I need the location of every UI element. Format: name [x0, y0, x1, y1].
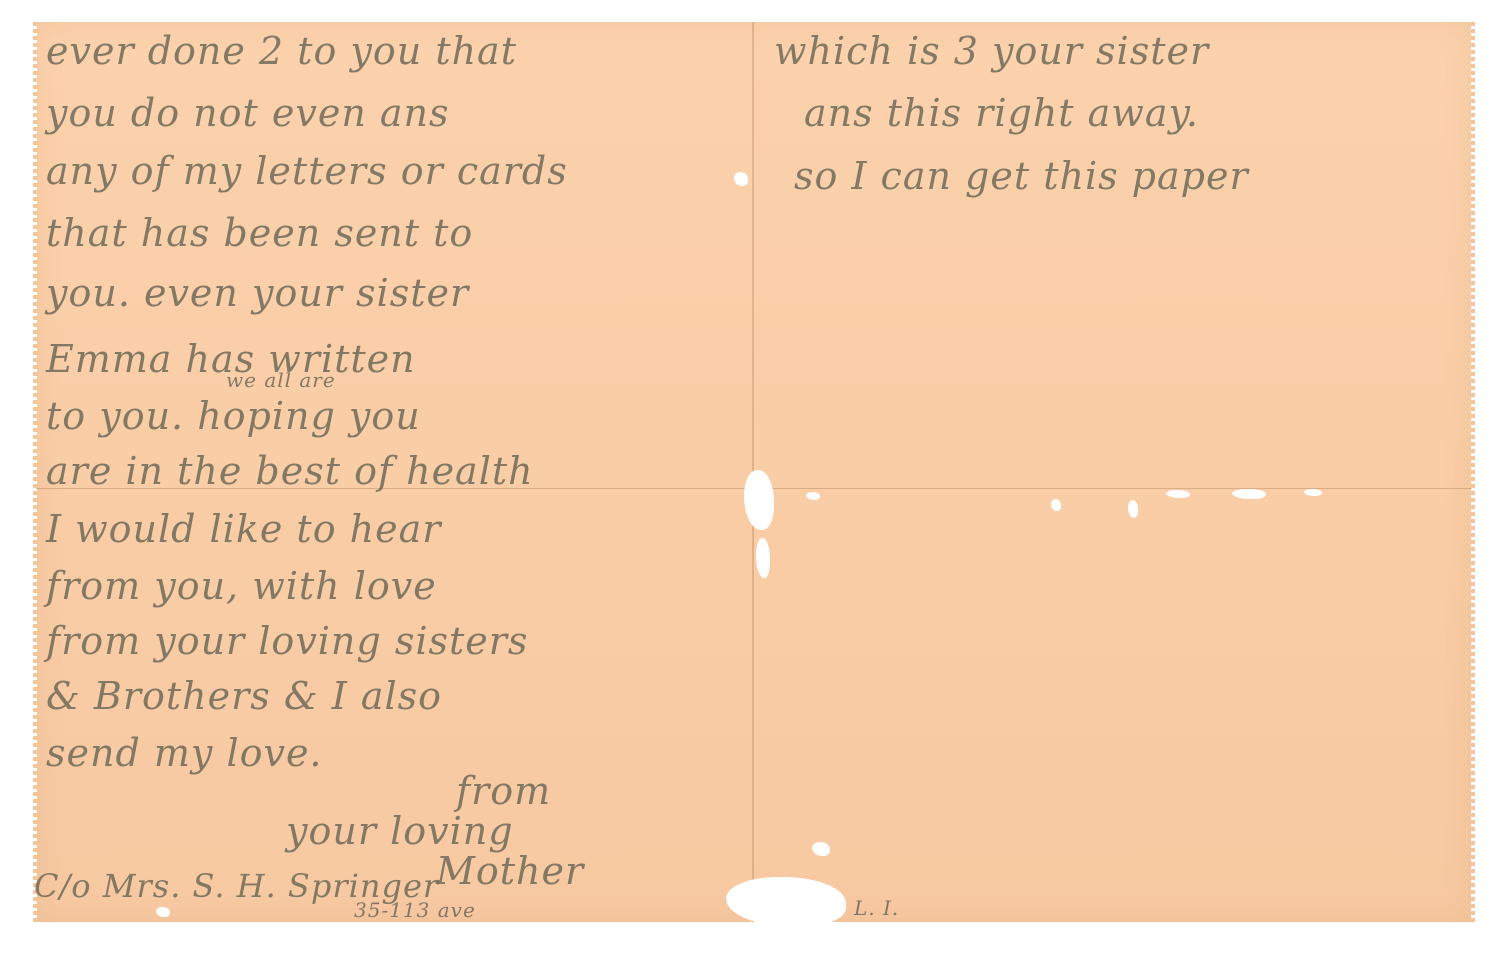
letter-line: from your loving sisters	[46, 622, 528, 660]
paper-hole	[734, 172, 748, 186]
paper-hole	[156, 907, 170, 917]
letter-line: send my love.	[46, 734, 323, 772]
letter-insertion: we all are	[226, 370, 336, 390]
letter-line: I would like to hear	[46, 510, 441, 548]
footer-initials: L. I.	[854, 898, 899, 918]
letter-line: that has been sent to	[46, 214, 473, 252]
letter-line: to you. hoping you	[46, 397, 421, 435]
letter-line: any of my letters or cards	[46, 152, 568, 190]
paper-hole	[1128, 500, 1138, 518]
letter-line: are in the best of health	[46, 452, 534, 490]
paper-hole	[806, 492, 820, 500]
closing-from: from	[456, 772, 551, 810]
left-panel: ever done 2 to you that you do not even …	[36, 22, 752, 922]
paper-hole	[1166, 490, 1190, 498]
letter-line: you do not even ans	[46, 94, 450, 132]
letter-line: so I can get this paper	[794, 157, 1249, 195]
paper-hole	[1304, 489, 1322, 496]
paper-hole	[812, 842, 830, 856]
letter-line: from you, with love	[46, 567, 437, 605]
right-panel: which is 3 your sister ans this right aw…	[752, 22, 1474, 922]
letter-sheet: ever done 2 to you that you do not even …	[36, 22, 1472, 922]
letter-line: which is 3 your sister	[774, 32, 1209, 70]
paper-hole	[756, 538, 770, 578]
address-line-2: 35-113 ave	[354, 900, 476, 920]
signature: Mother	[436, 852, 584, 890]
letter-line: ans this right away.	[804, 94, 1199, 132]
closing-your-loving: your loving	[286, 812, 514, 850]
paper-hole	[1051, 499, 1061, 511]
letter-line: ever done 2 to you that	[46, 32, 517, 70]
letter-line: you. even your sister	[46, 274, 469, 312]
letter-line: & Brothers & I also	[46, 677, 442, 715]
